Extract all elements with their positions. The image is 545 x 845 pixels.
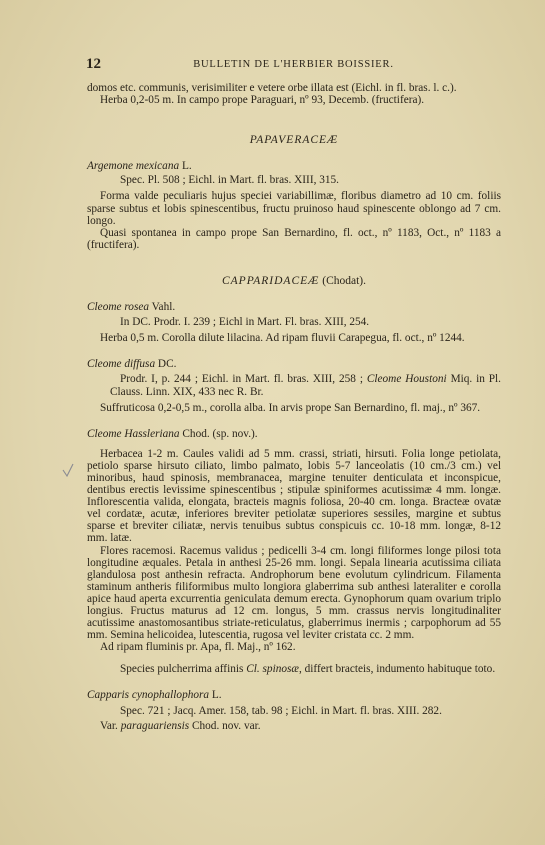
species-heading: Argemone mexicana L. <box>87 160 501 172</box>
running-head: BULLETIN DE L'HERBIER BOISSIER. <box>86 59 501 70</box>
species-author: Chod. (sp. nov.). <box>180 428 258 440</box>
species-heading: Cleome Hassleriana Chod. (sp. nov.). <box>87 428 501 440</box>
species-citation: In DC. Prodr. I. 239 ; Eichl in Mart. Fl… <box>87 316 501 328</box>
page-body: domos etc. communis, verisimiliter e vet… <box>87 82 501 732</box>
family-authority: (Chodat). <box>319 275 366 287</box>
species-citation: Spec. Pl. 508 ; Eichl. in Mart. fl. bras… <box>87 174 501 186</box>
species-locality: Suffruticosa 0,2-0,5 m., corolla alba. I… <box>87 402 501 414</box>
species-heading: Cleome diffusa DC. <box>87 358 501 370</box>
synonym-name: Cleome Houstoni <box>367 373 447 385</box>
species-locality: Quasi spontanea in campo prope San Berna… <box>87 227 501 251</box>
variety-line: Var. paraguariensis Chod. nov. var. <box>87 720 501 732</box>
page-header: 12 BULLETIN DE L'HERBIER BOISSIER. <box>86 56 501 74</box>
variety-name: paraguariensis <box>121 720 189 732</box>
intro-specimen: Herba 0,2-05 m. In campo prope Paraguari… <box>87 94 501 106</box>
family-heading-papaveraceae: PAPAVERACEÆ <box>87 134 501 146</box>
species-author: Vahl. <box>149 301 175 313</box>
species-locality: Herba 0,5 m. Corolla dilute lilacina. Ad… <box>87 332 501 344</box>
species-name: Argemone mexicana <box>87 160 179 172</box>
species-author: L. <box>179 160 192 172</box>
species-name: Cleome diffusa <box>87 358 155 370</box>
species-author: L. <box>209 689 222 701</box>
species-note: Species pulcherrima affinis Cl. spinosæ,… <box>87 663 501 675</box>
species-citation: Spec. 721 ; Jacq. Amer. 158, tab. 98 ; E… <box>87 705 501 717</box>
check-mark-icon <box>62 463 74 477</box>
species-description: Forma valde peculiaris hujus speciei var… <box>87 190 501 226</box>
species-name: Cleome rosea <box>87 301 149 313</box>
family-heading-capparidaceae: CAPPARIDACEÆ (Chodat). <box>87 275 501 287</box>
species-heading: Capparis cynophallophora L. <box>87 689 501 701</box>
species-heading: Cleome rosea Vahl. <box>87 301 501 313</box>
species-description: Herbacea 1-2 m. Caules validi ad 5 mm. c… <box>87 448 501 545</box>
comparison-species: Cl. spinosæ <box>246 663 299 675</box>
scanned-page: 12 BULLETIN DE L'HERBIER BOISSIER. domos… <box>0 0 545 845</box>
species-name: Cleome Hassleriana <box>87 428 180 440</box>
species-citation: Prodr. I, p. 244 ; Eichl. in Mart. fl. b… <box>87 373 501 397</box>
species-locality: Ad ripam fluminis pr. Apa, fl. Maj., nº … <box>87 641 501 653</box>
species-name: Capparis cynophallophora <box>87 689 209 701</box>
intro-paragraph: domos etc. communis, verisimiliter e vet… <box>87 82 501 94</box>
species-author: DC. <box>155 358 176 370</box>
species-description-flowers: Flores racemosi. Racemus validus ; pedic… <box>87 545 501 642</box>
